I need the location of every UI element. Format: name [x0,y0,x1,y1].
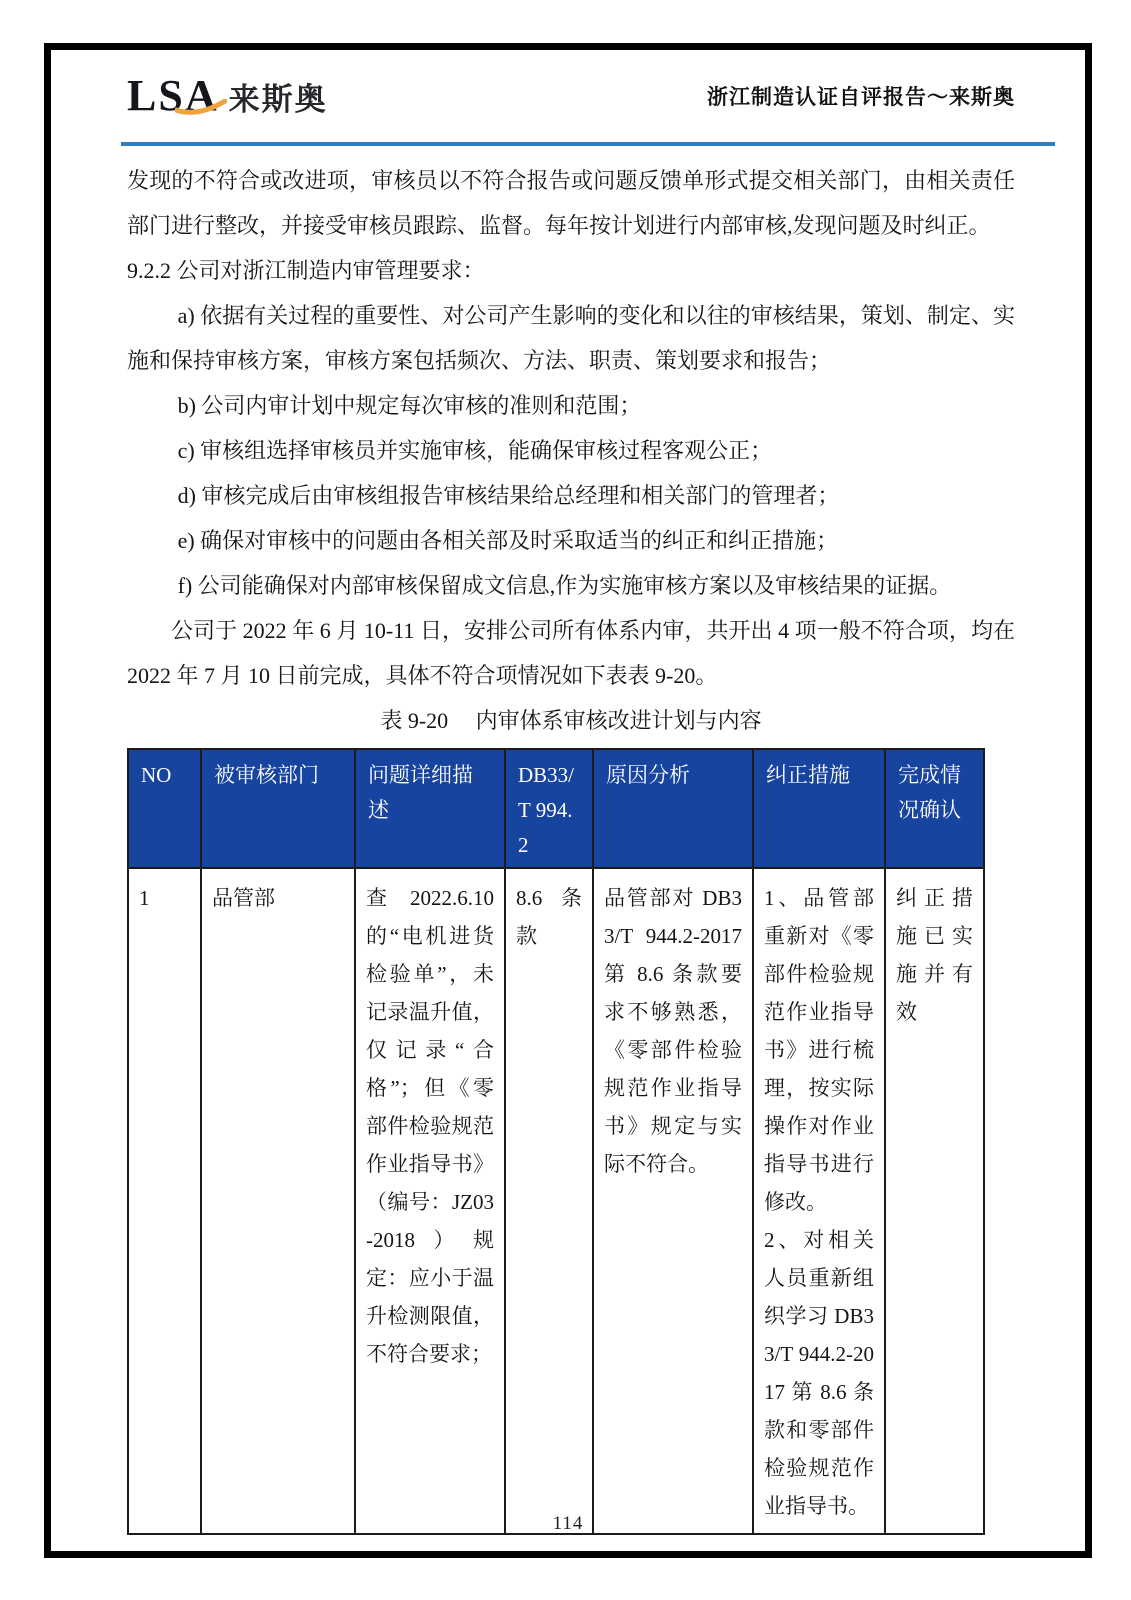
list-item-e: e) 确保对审核中的问题由各相关部及时采取适当的纠正和纠正措施； [127,518,1015,563]
list-item-b: b) 公司内审计划中规定每次审核的准则和范围； [127,383,1015,428]
logo-company-name: 来斯奥 [229,74,328,119]
table-row: 1 品管部 查 2022.6.10 的“电机进货检验单”，未记录温升值，仅记录“… [128,868,984,1534]
internal-audit-table: NO 被审核部门 问题详细描述 DB33/T 994.2 原因分析 纠正措施 完… [127,748,985,1535]
list-item-a: a) 依据有关过程的重要性、对公司产生影响的变化和以往的审核结果，策划、制定、实… [127,293,1015,383]
corrective-action-item-1: 1、品管部重新对《零部件检验规范作业指导书》进行梳理，按实际操作对作业指导书进行… [764,879,874,1221]
cell-standard-clause: 8.6 条款 [505,868,593,1534]
cell-problem-description: 查 2022.6.10 的“电机进货检验单”，未记录温升值，仅记录“合格”；但《… [355,868,505,1534]
col-header-corrective-action: 纠正措施 [753,749,885,868]
col-header-department: 被审核部门 [201,749,355,868]
col-header-cause-analysis: 原因分析 [593,749,753,868]
col-header-problem: 问题详细描述 [355,749,505,868]
cell-no: 1 [128,868,201,1534]
list-item-f: f) 公司能确保对内部审核保留成文信息,作为实施审核方案以及审核结果的证据。 [127,563,1015,608]
document-page: LSA 来斯奥 浙江制造认证自评报告～来斯奥 发现的不符合或改进项，审核员以不符… [0,0,1131,1600]
corrective-action-item-2: 2、对相关人员重新组织学习 DB33/T 944.2-2017 第 8.6 条款… [764,1221,874,1525]
report-title: 浙江制造认证自评报告～来斯奥 [707,81,1015,111]
logo-lsa-text: LSA [127,74,219,118]
section-heading-922: 9.2.2 公司对浙江制造内审管理要求： [127,248,1015,293]
page-header: LSA 来斯奥 浙江制造认证自评报告～来斯奥 [127,60,1015,132]
header-divider-line [121,142,1055,146]
cell-cause-analysis: 品管部对 DB33/T 944.2-2017 第 8.6 条款要求不够熟悉，《零… [593,868,753,1534]
col-header-standard-clause: DB33/T 994.2 [505,749,593,868]
page-content: LSA 来斯奥 浙江制造认证自评报告～来斯奥 发现的不符合或改进项，审核员以不符… [51,50,1085,1551]
paragraph-intro: 发现的不符合或改进项，审核员以不符合报告或问题反馈单形式提交相关部门，由相关责任… [127,158,1015,248]
cell-completion-confirmation: 纠正措施已实施并有效 [885,868,984,1534]
table-header-row: NO 被审核部门 问题详细描述 DB33/T 994.2 原因分析 纠正措施 完… [128,749,984,868]
cell-corrective-action: 1、品管部重新对《零部件检验规范作业指导书》进行梳理，按实际操作对作业指导书进行… [753,868,885,1534]
list-item-c: c) 审核组选择审核员并实施审核，能确保审核过程客观公正； [127,428,1015,473]
col-header-completion-confirmation: 完成情况确认 [885,749,984,868]
logo-swoosh-icon [175,99,227,115]
paragraph-summary: 公司于 2022 年 6 月 10-11 日，安排公司所有体系内审，共开出 4 … [127,608,1015,698]
page-border-frame: LSA 来斯奥 浙江制造认证自评报告～来斯奥 发现的不符合或改进项，审核员以不符… [44,43,1092,1558]
page-number: 114 [51,1513,1085,1535]
list-item-d: d) 审核完成后由审核组报告审核结果给总经理和相关部门的管理者； [127,473,1015,518]
table-caption: 表 9-20 内审体系审核改进计划与内容 [127,698,1015,744]
cell-department: 品管部 [201,868,355,1534]
col-header-no: NO [128,749,201,868]
company-logo: LSA 来斯奥 [127,74,328,119]
